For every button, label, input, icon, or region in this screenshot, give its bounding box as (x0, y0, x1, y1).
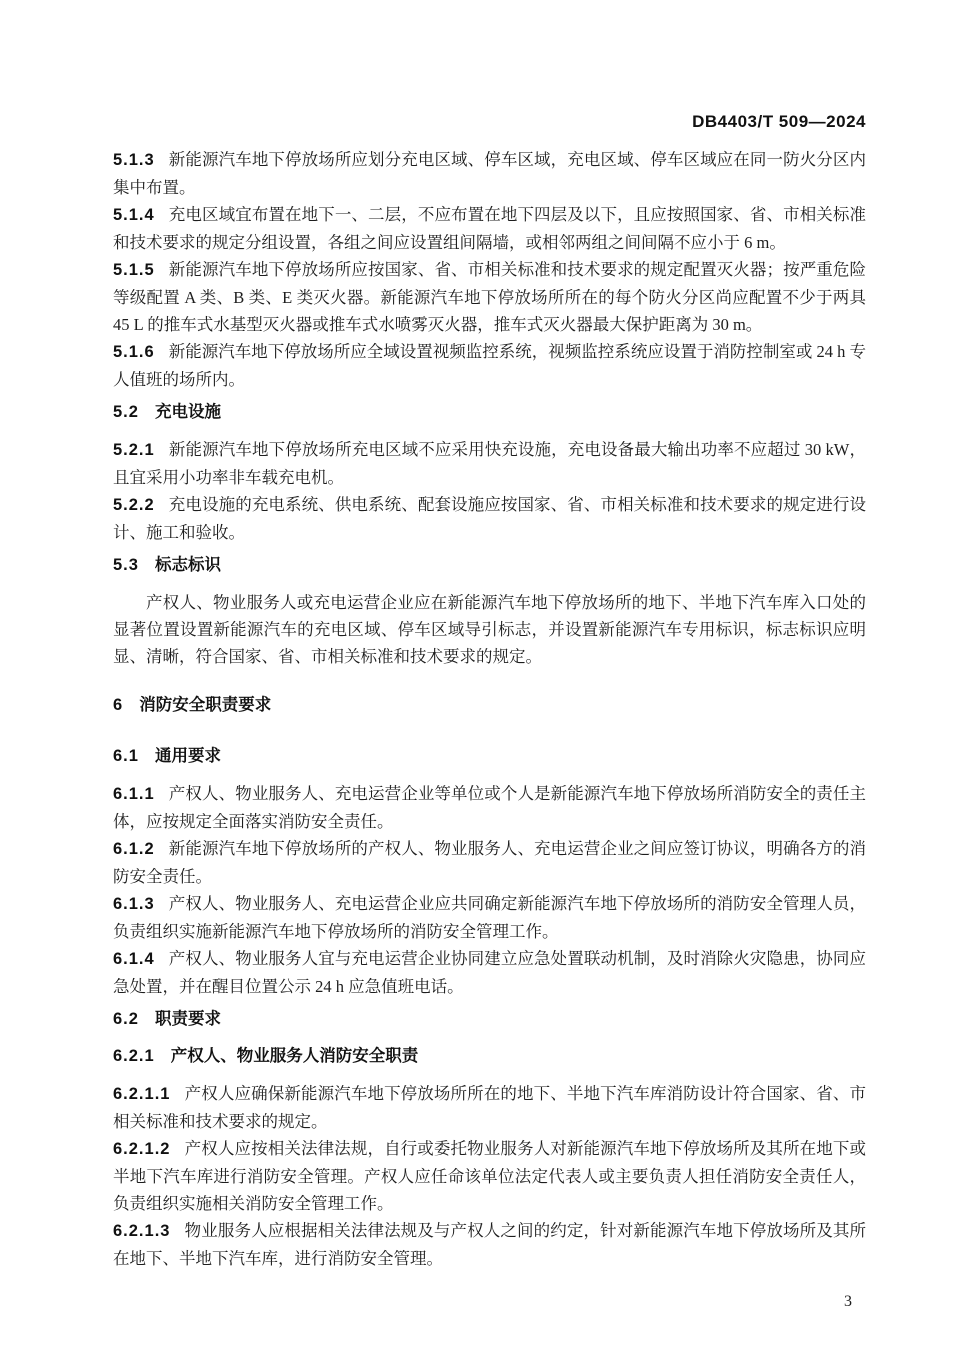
heading-text: 充电设施 (155, 403, 221, 421)
heading-6-1: 6.1通用要求 (113, 743, 866, 770)
clause-number: 5.1.3 (113, 151, 155, 169)
heading-number: 6.2.1 (113, 1047, 155, 1065)
heading-5-3: 5.3标志标识 (113, 552, 866, 579)
clause-6-2-1-3: 6.2.1.3物业服务人应根据相关法律法规及与产权人之间的约定，针对新能源汽车地… (113, 1217, 866, 1272)
heading-text: 标志标识 (155, 556, 221, 574)
heading-text: 消防安全职责要求 (139, 696, 271, 714)
heading-number: 5.2 (113, 403, 139, 421)
clause-text: 产权人、物业服务人、充电运营企业等单位或个人是新能源汽车地下停放场所消防安全的责… (113, 784, 866, 831)
heading-text: 通用要求 (155, 747, 221, 765)
clause-6-2-1-2: 6.2.1.2产权人应按相关法律法规，自行或委托物业服务人对新能源汽车地下停放场… (113, 1135, 866, 1217)
clause-number: 5.2.1 (113, 441, 155, 459)
document-page: DB4403/T 509—2024 5.1.3新能源汽车地下停放场所应划分充电区… (0, 0, 960, 1357)
heading-text: 职责要求 (155, 1010, 221, 1028)
clause-text: 新能源汽车地下停放场所的产权人、物业服务人、充电运营企业之间应签订协议，明确各方… (113, 839, 866, 886)
clause-number: 5.1.4 (113, 206, 155, 224)
clause-text: 产权人应确保新能源汽车地下停放场所所在的地下、半地下汽车库消防设计符合国家、省、… (113, 1084, 866, 1131)
clause-number: 5.1.5 (113, 261, 155, 279)
heading-6-2: 6.2职责要求 (113, 1006, 866, 1033)
clause-number: 6.2.1.3 (113, 1222, 170, 1240)
clause-6-2-1-1: 6.2.1.1产权人应确保新能源汽车地下停放场所所在的地下、半地下汽车库消防设计… (113, 1080, 866, 1135)
heading-5-2: 5.2充电设施 (113, 399, 866, 426)
clause-6-1-1: 6.1.1产权人、物业服务人、充电运营企业等单位或个人是新能源汽车地下停放场所消… (113, 780, 866, 835)
clause-number: 5.1.6 (113, 343, 155, 361)
clause-number: 6.2.1.1 (113, 1085, 170, 1103)
clause-5-1-3: 5.1.3新能源汽车地下停放场所应划分充电区域、停车区域，充电区域、停车区域应在… (113, 146, 866, 201)
clause-text: 物业服务人应根据相关法律法规及与产权人之间的约定，针对新能源汽车地下停放场所及其… (113, 1221, 866, 1268)
heading-text: 产权人、物业服务人消防安全职责 (171, 1047, 419, 1065)
clause-number: 6.1.3 (113, 895, 155, 913)
clause-5-1-4: 5.1.4充电区域宜布置在地下一、二层，不应布置在地下四层及以下，且应按照国家、… (113, 201, 866, 256)
clause-number: 6.1.4 (113, 950, 155, 968)
document-code-header: DB4403/T 509—2024 (113, 112, 866, 132)
clause-text: 新能源汽车地下停放场所应全域设置视频监控系统，视频监控系统应设置于消防控制室或 … (113, 342, 866, 389)
clause-5-1-6: 5.1.6新能源汽车地下停放场所应全域设置视频监控系统，视频监控系统应设置于消防… (113, 338, 866, 393)
clause-text: 产权人、物业服务人宜与充电运营企业协同建立应急处置联动机制，及时消除火灾隐患，协… (113, 949, 866, 996)
heading-6-2-1: 6.2.1产权人、物业服务人消防安全职责 (113, 1043, 866, 1070)
clause-text: 新能源汽车地下停放场所应按国家、省、市相关标准和技术要求的规定配置灭火器；按严重… (113, 260, 866, 334)
heading-number: 5.3 (113, 556, 139, 574)
clause-6-1-2: 6.1.2新能源汽车地下停放场所的产权人、物业服务人、充电运营企业之间应签订协议… (113, 835, 866, 890)
heading-6: 6消防安全职责要求 (113, 692, 866, 719)
heading-number: 6 (113, 696, 123, 714)
page-number: 3 (113, 1288, 866, 1315)
heading-number: 6.1 (113, 747, 139, 765)
clause-5-1-5: 5.1.5新能源汽车地下停放场所应按国家、省、市相关标准和技术要求的规定配置灭火… (113, 256, 866, 338)
clause-number: 5.2.2 (113, 496, 155, 514)
clause-text: 产权人、物业服务人、充电运营企业应共同确定新能源汽车地下停放场所的消防安全管理人… (113, 894, 866, 941)
clause-text: 新能源汽车地下停放场所充电区域不应采用快充设施，充电设备最大输出功率不应超过 3… (113, 440, 866, 487)
clause-number: 6.2.1.2 (113, 1140, 170, 1158)
clause-number: 6.1.2 (113, 840, 155, 858)
clause-6-1-3: 6.1.3产权人、物业服务人、充电运营企业应共同确定新能源汽车地下停放场所的消防… (113, 890, 866, 945)
clause-5-2-2: 5.2.2充电设施的充电系统、供电系统、配套设施应按国家、省、市相关标准和技术要… (113, 491, 866, 546)
clause-text: 充电区域宜布置在地下一、二层，不应布置在地下四层及以下，且应按照国家、省、市相关… (113, 205, 866, 252)
para-5-3-body: 产权人、物业服务人或充电运营企业应在新能源汽车地下停放场所的地下、半地下汽车库入… (113, 589, 866, 670)
clause-text: 充电设施的充电系统、供电系统、配套设施应按国家、省、市相关标准和技术要求的规定进… (113, 495, 866, 542)
clause-5-2-1: 5.2.1新能源汽车地下停放场所充电区域不应采用快充设施，充电设备最大输出功率不… (113, 436, 866, 491)
clause-text: 新能源汽车地下停放场所应划分充电区域、停车区域，充电区域、停车区域应在同一防火分… (113, 150, 866, 197)
clause-6-1-4: 6.1.4产权人、物业服务人宜与充电运营企业协同建立应急处置联动机制，及时消除火… (113, 945, 866, 1000)
heading-number: 6.2 (113, 1010, 139, 1028)
clause-number: 6.1.1 (113, 785, 155, 803)
para-text: 产权人、物业服务人或充电运营企业应在新能源汽车地下停放场所的地下、半地下汽车库入… (113, 593, 866, 666)
clause-text: 产权人应按相关法律法规，自行或委托物业服务人对新能源汽车地下停放场所及其所在地下… (113, 1139, 866, 1213)
